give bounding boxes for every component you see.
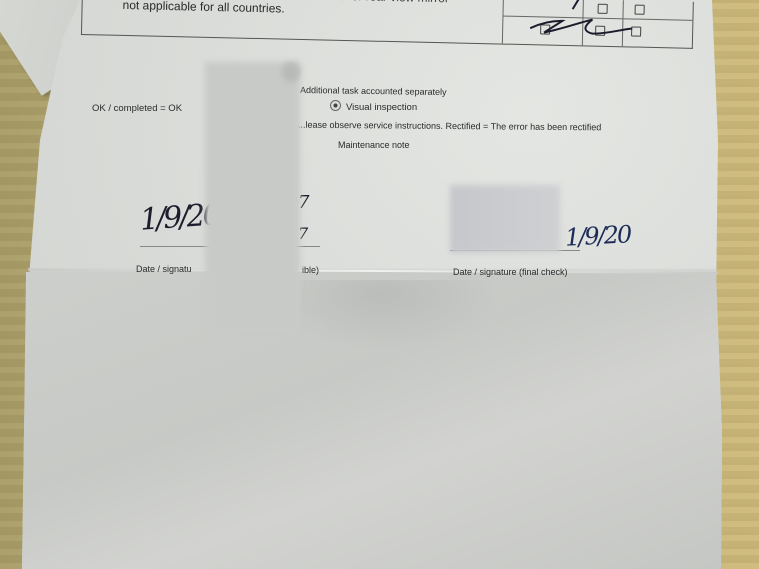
paper-crease-shadow — [300, 280, 500, 350]
redacted-region — [205, 62, 300, 332]
maintenance-note-label: Maintenance note — [338, 140, 410, 150]
right-signature-date: 1/9/20 — [564, 220, 631, 251]
legend-ok-completed: OK / completed = OK — [92, 103, 182, 114]
redaction-shadow — [282, 62, 300, 82]
table-column-divider — [502, 0, 504, 44]
checklist-item-text: ...and attach to interior rear view mirr… — [122, 0, 456, 19]
redacted-region — [450, 185, 560, 253]
left-signature-label-suffix: ible) — [302, 265, 319, 275]
legend-additional-task: Additional task accounted separately — [300, 85, 447, 97]
right-signature-label: Date / signature (final check) — [453, 267, 568, 277]
eye-icon — [330, 100, 341, 111]
handwritten-scribble-mark — [522, 0, 653, 47]
left-signature-label: Date / signatu — [136, 264, 192, 274]
legend-visual-inspection: Visual inspection — [330, 100, 417, 113]
legend-visual-inspection-label: Visual inspection — [346, 102, 417, 113]
